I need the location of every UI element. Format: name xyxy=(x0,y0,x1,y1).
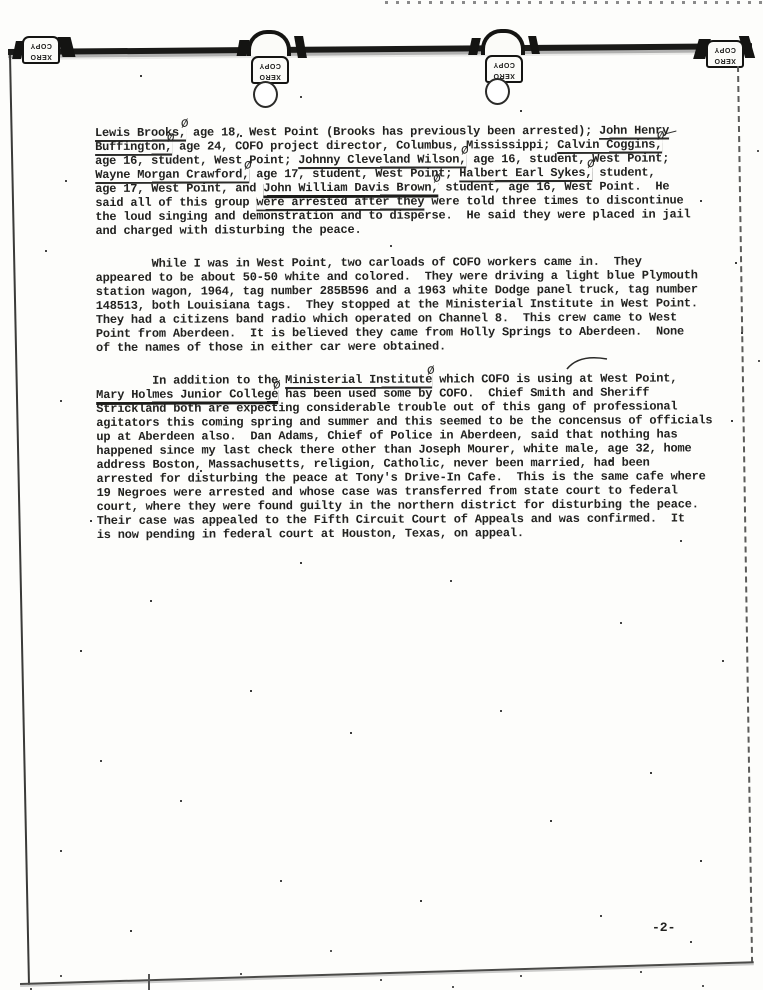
paragraph: In addition to the Ministerial Institute… xyxy=(96,371,745,542)
text-line: Their case was appealed to the Fifth Cir… xyxy=(97,511,745,528)
underlined-name: Wayne Morgan Crawford, xyxy=(95,167,249,182)
underlined-name: John William Davis Brown, xyxy=(263,181,438,196)
xero-copy-tab: XERO COPY xyxy=(470,28,540,80)
page-number: -2- xyxy=(652,920,675,935)
text-run: student, xyxy=(592,166,655,180)
text-line: Point from Aberdeen. It is believed they… xyxy=(96,324,744,341)
tab-wing xyxy=(58,37,76,57)
xero-copy-tab: XERO COPY xyxy=(238,30,308,80)
underlined-name: Mary Holmes Junior College xyxy=(96,387,278,402)
page-edge-bottom xyxy=(20,961,754,985)
text-run: is now pending in federal court at Houst… xyxy=(97,526,524,542)
underlined-name: Calvin Coggins, xyxy=(557,138,662,152)
underlined-name: Ministerial Institute xyxy=(285,373,432,388)
text-run: said all of this group xyxy=(95,195,256,210)
text-line: the loud singing and demonstration and t… xyxy=(95,207,743,224)
scan-speckle-noise xyxy=(0,0,2,2)
xero-copy-tab: XERO COPY xyxy=(692,33,758,69)
punch-hole xyxy=(253,81,278,108)
tab-wing xyxy=(294,36,307,58)
text-run: age 16, student, West Point; xyxy=(466,151,669,166)
text-run: student, age 16, West Point. He xyxy=(438,179,669,194)
punch-hole xyxy=(485,78,510,105)
page-edge-left xyxy=(9,55,30,985)
text-run: which COFO is using at West Point, xyxy=(432,371,677,386)
scan-edge-dots xyxy=(385,1,763,4)
handwritten-stroke xyxy=(565,352,610,372)
xero-copy-tab: XERO COPY xyxy=(14,33,76,67)
xero-copy-label: XERO COPY xyxy=(22,36,60,64)
text-run: age 17, West Point, and xyxy=(95,181,263,196)
underlined-name: Buffington, xyxy=(95,140,172,154)
copier-edge-band xyxy=(8,43,752,55)
paragraph: While I was in West Point, two carloads … xyxy=(96,254,744,355)
underlined-name: Johnny Cleveland Wilson, xyxy=(298,152,466,167)
tab-wing xyxy=(528,36,540,54)
text-line: and charged with disturbing the peace. xyxy=(95,221,743,238)
text-run: age 17, student, West Point; xyxy=(249,166,459,181)
text-run: Point from Aberdeen. It is believed they… xyxy=(96,324,684,341)
xero-copy-label: XERO COPY xyxy=(706,40,744,68)
paragraph: Lewis Brooks,ø age 18, West Point (Brook… xyxy=(95,123,743,238)
underlined-name: were arrested after they xyxy=(256,195,424,210)
text-run: In addition to the xyxy=(96,373,285,388)
text-line: is now pending in federal court at Houst… xyxy=(97,525,745,542)
text-run: Their case was appealed to the Fifth Cir… xyxy=(97,511,685,528)
tab-wing xyxy=(468,38,481,55)
underlined-name: Halbert Earl Sykes, xyxy=(459,166,592,181)
scan-artifact-line xyxy=(148,974,150,990)
typewritten-text: Lewis Brooks,ø age 18, West Point (Brook… xyxy=(95,123,745,542)
text-run: were told three times to discontinue xyxy=(424,193,683,208)
text-line: of the names of those in either car were… xyxy=(96,338,744,355)
text-run: age 16, student, West Point; xyxy=(95,153,298,168)
text-run: the loud singing and demonstration and t… xyxy=(95,207,690,224)
text-run: and charged with disturbing the peace. xyxy=(95,223,361,238)
tab-notch xyxy=(247,30,291,56)
xero-copy-label: XERO COPY xyxy=(251,56,289,84)
text-run: of the names of those in either car were… xyxy=(96,339,446,355)
tab-notch xyxy=(481,29,525,55)
